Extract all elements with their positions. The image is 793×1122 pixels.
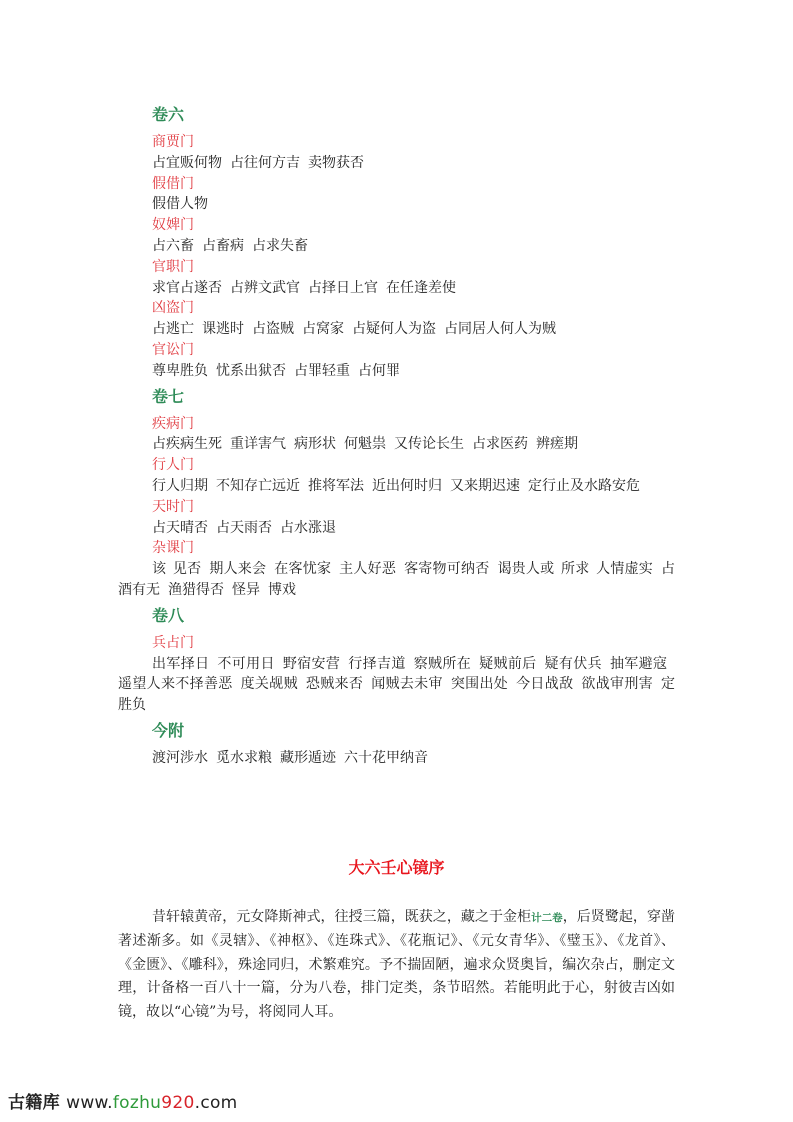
watermark-url-prefix: www. (66, 1093, 113, 1113)
item: 定行止及水路安危 (528, 478, 640, 494)
gate-items: 尊卑胜负忧系出狱否占罪轻重占何罪 (118, 361, 675, 382)
item: 行择吉道 (348, 656, 405, 672)
watermark-url-suffix: .com (195, 1093, 238, 1113)
item: 抽军避寇 (610, 656, 667, 672)
watermark-url-green: fozhu (113, 1093, 161, 1113)
item: 渡河涉水 (152, 750, 208, 766)
gate-name: 天时门 (118, 497, 675, 518)
item: 疑贼前后 (479, 656, 536, 672)
item: 占宜贩何物 (152, 155, 222, 171)
item: 闻贼去未审 (371, 676, 443, 692)
gate-name: 假借门 (118, 174, 675, 195)
item: 病形状 (294, 436, 336, 452)
item: 不可用日 (217, 656, 274, 672)
item: 在任逢差使 (386, 280, 456, 296)
item: 占畜病 (202, 238, 244, 254)
item: 疑有伏兵 (545, 656, 602, 672)
item: 渔猎得否 (168, 582, 224, 598)
appendix-items: 渡河涉水觅水求粮藏形遁迹六十花甲纳音 (118, 748, 675, 769)
gate-section: 假借门 假借人物 (118, 174, 675, 216)
item: 占罪轻重 (294, 363, 350, 379)
item: 占天晴否 (152, 520, 208, 536)
item: 课逃时 (202, 321, 244, 337)
gate-items: 占六畜占畜病占求失畜 (118, 236, 675, 257)
gate-section: 疾病门 占疾病生死重详害气病形状何魁祟又传论长生占求医药辨瘥期 (118, 414, 675, 456)
item: 占求医药 (472, 436, 528, 452)
item: 推将军法 (308, 478, 364, 494)
volume-title: 卷八 (118, 605, 675, 627)
item: 占逃亡 (152, 321, 194, 337)
gate-items: 出军择日不可用日野宿安营行择吉道察贼所在疑贼前后疑有伏兵抽军避寇遥望人来不择善恶… (118, 654, 675, 716)
item: 主人好恶 (339, 561, 396, 577)
gate-name: 奴婢门 (118, 215, 675, 236)
gate-items: 占疾病生死重详害气病形状何魁祟又传论长生占求医药辨瘥期 (118, 434, 675, 455)
gate-name: 商贾门 (118, 132, 675, 153)
item: 辨瘥期 (536, 436, 578, 452)
item: 今日战敌 (516, 676, 573, 692)
item: 忧系出狱否 (216, 363, 286, 379)
gate-items: 占天晴否占天雨否占水涨退 (118, 518, 675, 539)
item: 占窝家 (302, 321, 344, 337)
item: 占疾病生死 (152, 436, 222, 452)
gate-items: 行人归期不知存亡远近推将军法近出何时归又来期迟速定行止及水路安危 (118, 476, 675, 497)
item: 野宿安营 (283, 656, 340, 672)
item: 在客忧家 (274, 561, 331, 577)
item: 恐贼来否 (306, 676, 363, 692)
site-watermark: 古籍库 www.fozhu920.com (8, 1088, 238, 1113)
gate-items: 占逃亡课逃时占盗贼占窝家占疑何人为盗占同居人何人为贼 (118, 319, 675, 340)
gate-section: 杂课门 该 见否期人来会在客忧家主人好恶客寄物可纳否谒贵人或 所求 人情虚实占酒… (118, 538, 675, 600)
item: 又来期迟速 (450, 478, 520, 494)
gate-section: 行人门 行人归期不知存亡远近推将军法近出何时归又来期迟速定行止及水路安危 (118, 455, 675, 497)
item: 客寄物可纳否 (404, 561, 489, 577)
gate-items: 求官占遂否占辨文武官占择日上官在任逢差使 (118, 278, 675, 299)
item: 占往何方吉 (230, 155, 300, 171)
item: 六十花甲纳音 (344, 750, 428, 766)
gate-items: 假借人物 (118, 194, 675, 215)
item: 察贼所在 (414, 656, 471, 672)
volume-title: 卷七 (118, 386, 675, 408)
gate-name: 兵占门 (118, 633, 675, 654)
gate-items: 该 见否期人来会在客忧家主人好恶客寄物可纳否谒贵人或 所求 人情虚实占酒有无渔猎… (118, 559, 675, 601)
watermark-label: 古籍库 (8, 1093, 60, 1113)
gate-section: 兵占门 出军择日不可用日野宿安营行择吉道察贼所在疑贼前后疑有伏兵抽军避寇遥望人来… (118, 633, 675, 716)
item: 占水涨退 (280, 520, 336, 536)
gate-name: 行人门 (118, 455, 675, 476)
item: 尊卑胜负 (152, 363, 208, 379)
item: 度关觇贼 (241, 676, 298, 692)
item: 该 见否 (152, 561, 201, 577)
item: 占盗贼 (252, 321, 294, 337)
gate-section: 官职门 求官占遂否占辨文武官占择日上官在任逢差使 (118, 257, 675, 299)
item: 占何罪 (358, 363, 400, 379)
preface-title: 大六壬心镜序 (0, 855, 793, 878)
item: 占六畜 (152, 238, 194, 254)
gate-name: 凶盗门 (118, 298, 675, 319)
item: 重详害气 (230, 436, 286, 452)
item: 觅水求粮 (216, 750, 272, 766)
gate-section: 商贾门 占宜贩何物占往何方吉卖物获否 (118, 132, 675, 174)
item: 欲战审刑害 (581, 676, 653, 692)
gate-section: 天时门 占天晴否占天雨否占水涨退 (118, 497, 675, 539)
item: 占求失畜 (252, 238, 308, 254)
watermark-url-red: 920 (161, 1093, 194, 1113)
item: 占辨文武官 (230, 280, 300, 296)
item: 假借人物 (152, 196, 208, 212)
item: 何魁祟 (344, 436, 386, 452)
appendix-title: 今附 (118, 720, 675, 742)
item: 占择日上官 (308, 280, 378, 296)
item: 博戏 (268, 582, 296, 598)
item: 怪异 (232, 582, 260, 598)
gate-name: 官讼门 (118, 340, 675, 361)
item: 遥望人来不择善恶 (118, 676, 233, 692)
item: 期人来会 (209, 561, 266, 577)
item: 近出何时归 (372, 478, 442, 494)
gate-section: 官讼门 尊卑胜负忧系出狱否占罪轻重占何罪 (118, 340, 675, 382)
item: 出军择日 (152, 656, 209, 672)
item: 藏形遁迹 (280, 750, 336, 766)
volume-title: 卷六 (118, 104, 675, 126)
item: 不知存亡远近 (216, 478, 300, 494)
preface-note: 计二卷 (531, 912, 563, 924)
item: 突围出处 (451, 676, 508, 692)
item: 谒贵人或 所求 人情虚实 (497, 561, 653, 577)
item: 求官占遂否 (152, 280, 222, 296)
gate-section: 奴婢门 占六畜占畜病占求失畜 (118, 215, 675, 257)
gate-name: 杂课门 (118, 538, 675, 559)
gate-name: 疾病门 (118, 414, 675, 435)
item: 卖物获否 (308, 155, 364, 171)
item: 占疑何人为盗 (352, 321, 436, 337)
item: 又传论长生 (394, 436, 464, 452)
preface-text-part: ，后贤鹭起，穿凿著述渐多。如《灵辖》、《神枢》、《连珠式》、《花瓶记》、《元女青… (118, 909, 675, 1020)
item: 占天雨否 (216, 520, 272, 536)
gate-section: 凶盗门 占逃亡课逃时占盗贼占窝家占疑何人为盗占同居人何人为贼 (118, 298, 675, 340)
preface-text: 昔轩辕黄帝，元女降斯神式，往授三篇，既获之，藏之于金柜计二卷，后贤鹭起，穿凿著述… (118, 906, 675, 1024)
gate-items: 占宜贩何物占往何方吉卖物获否 (118, 153, 675, 174)
gate-name: 官职门 (118, 257, 675, 278)
item: 行人归期 (152, 478, 208, 494)
table-of-contents: 卷六 商贾门 占宜贩何物占往何方吉卖物获否 假借门 假借人物 奴婢门 占六畜占畜… (118, 104, 675, 769)
item: 占同居人何人为贼 (444, 321, 556, 337)
preface-text-part: 昔轩辕黄帝，元女降斯神式，往授三篇，既获之，藏之于金柜 (152, 909, 531, 925)
